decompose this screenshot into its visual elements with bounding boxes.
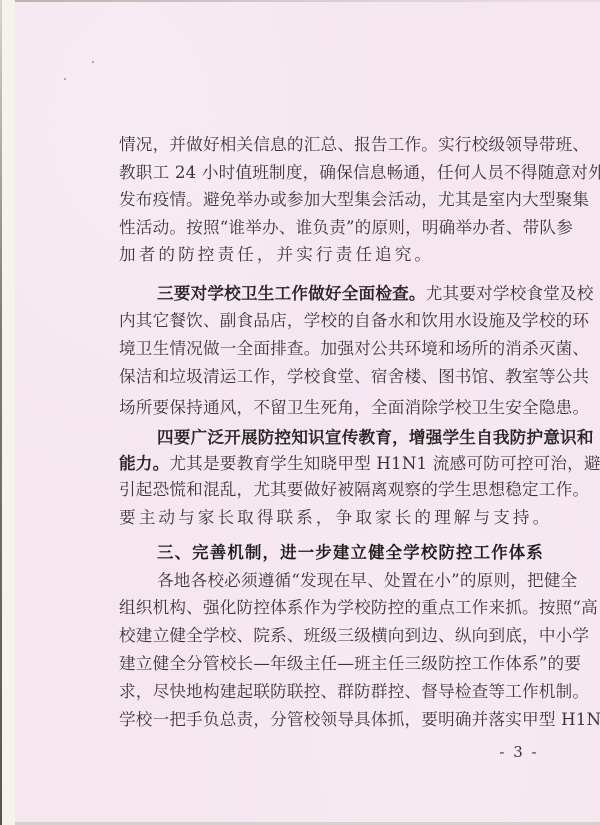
body-line: 组织机构、强化防控体系作为学校防控的重点工作来抓。按照“高 xyxy=(119,597,549,619)
scan-top-edge xyxy=(15,0,600,2)
document-page: 情况，并做好相关信息的汇总、报告工作。实行校级领导带班、 教职工 24 小时值班… xyxy=(15,0,600,825)
body-line: 要主动与家长取得联系，争取家长的理解与支持。 xyxy=(119,507,549,529)
body-line: 求，尽快地构建起联防联控、群防群控、督导检查等工作机制。 xyxy=(119,681,549,703)
body-line: 加者的防控责任，并实行责任追究。 xyxy=(119,244,549,266)
body-line: 内其它餐饮、副食品店，学校的自备水和饮用水设施及学校的环 xyxy=(119,310,549,332)
body-line: 建立健全分管校长—年级主任—班主任三级防控工作体系”的要 xyxy=(119,653,549,675)
body-line: 校建立健全学校、院系、班级三级横向到边、纵向到底，中小学 xyxy=(119,625,549,647)
body-line: 发布疫情。避免举办或参加大型集会活动，尤其是室内大型聚集 xyxy=(119,189,549,211)
page-number: - 3 - xyxy=(498,741,540,763)
section-heading: 三、完善机制，进一步建立健全学校防控工作体系 xyxy=(157,542,544,564)
paragraph-lead-sentence-end: 能力。 xyxy=(119,453,169,473)
body-line: 场所要保持通风，不留卫生死角，全面消除学校卫生安全隐患。 xyxy=(119,397,549,419)
paper-speck xyxy=(64,78,66,80)
body-line: 情况，并做好相关信息的汇总、报告工作。实行校级领导带班、 xyxy=(119,134,549,156)
paragraph-first-line: 四要广泛开展防控知识宣传教育，增强学生自我防护意识和 xyxy=(157,426,549,448)
body-line: 学校一把手负总责，分管校领导具体抓，要明确并落实甲型 H1N1 xyxy=(119,709,549,731)
body-text: 尤其要对学校食堂及校 xyxy=(426,284,594,303)
body-line: 教职工 24 小时值班制度，确保信息畅通，任何人员不得随意对外 xyxy=(119,162,549,184)
paragraph-lead-sentence: 三要对学校卫生工作做好全面检查。 xyxy=(157,283,426,303)
body-line: 引起恐慌和混乱，尤其要做好被隔离观察的学生思想稳定工作。 xyxy=(119,479,549,501)
paper-speck xyxy=(92,61,94,63)
body-line: 能力。尤其是要教育学生知晓甲型 H1N1 流感可防可控可治，避免 xyxy=(119,452,549,474)
body-line: 性活动。按照“谁举办、谁负责”的原则，明确举办者、带队参 xyxy=(119,217,549,239)
paragraph-lead-sentence: 四要广泛开展防控知识宣传教育，增强学生自我防护意识和 xyxy=(157,427,594,447)
body-line: 保洁和垃圾清运工作，学校食堂、宿舍楼、图书馆、教室等公共 xyxy=(119,366,549,388)
body-text: 尤其是要教育学生知晓甲型 H1N1 流感可防可控可治，避免 xyxy=(169,454,600,473)
paragraph-first-line: 各地各校必须遵循“发现在早、处置在小”的原则，把健全 xyxy=(157,570,549,592)
body-line: 境卫生情况做一全面排查。加强对公共环境和场所的消杀灭菌、 xyxy=(119,338,549,360)
paragraph-first-line: 三要对学校卫生工作做好全面检查。尤其要对学校食堂及校 xyxy=(157,282,549,304)
scan-margin-strip xyxy=(2,0,15,825)
